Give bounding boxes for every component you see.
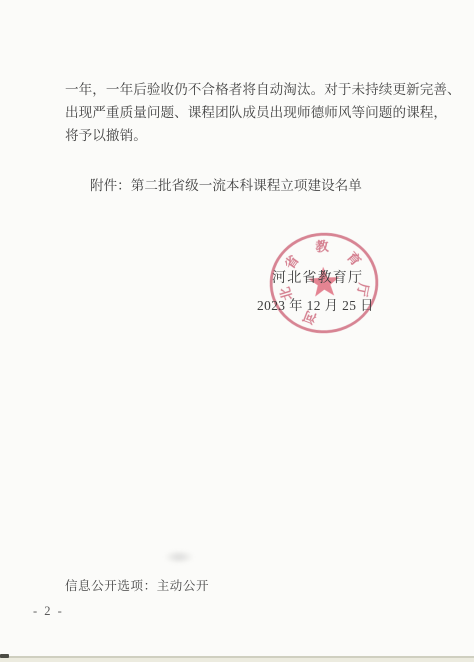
seal-ring-char: 育 [344, 248, 365, 268]
issue-date: 2023 年 12 月 25 日 [257, 295, 374, 314]
paragraph-line: 将予以撤销。 [65, 124, 465, 147]
page-number: - 2 - [33, 604, 64, 619]
paragraph-line: 一年，一年后验收仍不合格者将自动淘汰。对于未持续更新完善、 [65, 78, 465, 101]
scan-smudge [164, 550, 194, 564]
document-page: 一年，一年后验收仍不合格者将自动淘汰。对于未持续更新完善、 出现严重质量问题、课… [0, 0, 474, 662]
body-paragraph: 一年，一年后验收仍不合格者将自动淘汰。对于未持续更新完善、 出现严重质量问题、课… [65, 78, 465, 147]
page-bottom-edge-strip [0, 658, 474, 662]
footer-disclosure-note: 信息公开选项：主动公开 [65, 576, 209, 594]
scan-corner-mark [0, 654, 9, 658]
issuer-name: 河北省教育厅 [272, 267, 363, 287]
seal-ring-char: 教 [315, 238, 330, 255]
paragraph-line: 出现严重质量问题、课程团队成员出现师德师风等问题的课程， [65, 101, 465, 124]
attachment-line: 附件：第二批省级一流本科课程立项建设名单 [65, 174, 362, 194]
